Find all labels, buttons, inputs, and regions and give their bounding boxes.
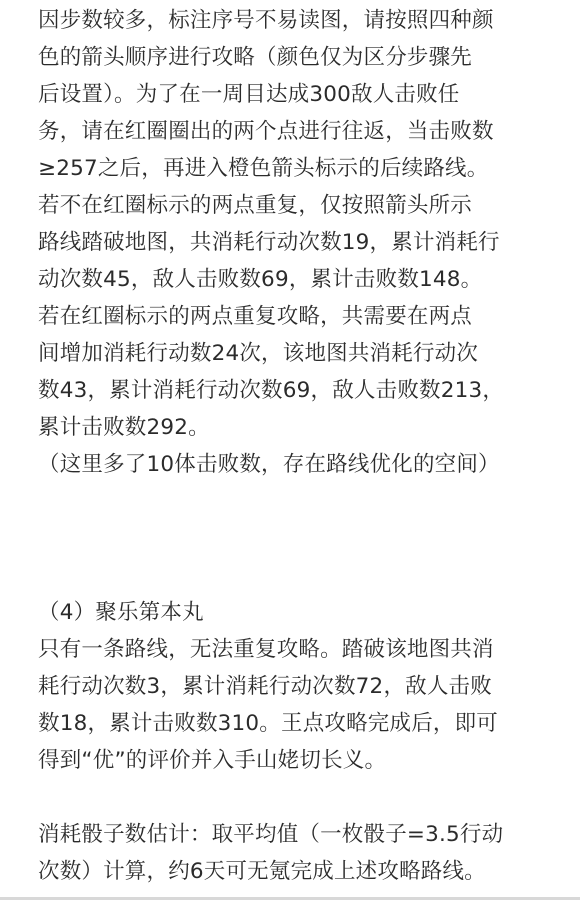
text-line: 消耗骰子数估计：取平均值（一枚骰子=3.5行动 — [38, 816, 503, 853]
text-line: 若在红圈标示的两点重复攻略，共需要在两点 — [38, 298, 504, 335]
text-line: 动次数45，敌人击败数69，累计击败数148。 — [38, 261, 504, 298]
text-line: 色的箭头顺序进行攻略（颜色仅为区分步骤先 — [38, 39, 504, 76]
text-line: 累计击败数292。 — [38, 409, 504, 446]
text-line: （这里多了10体击败数，存在路线优化的空间） — [38, 446, 504, 483]
juraku-honmaru-section: （4）聚乐第本丸 只有一条路线，无法重复攻略。踏破该地图共消 耗行动次数3，累计… — [38, 594, 498, 779]
text-line: 耗行动次数3，累计消耗行动次数72，敌人击败 — [38, 668, 498, 705]
dice-estimate-paragraph: 消耗骰子数估计：取平均值（一枚骰子=3.5行动 次数）计算，约6天可无氪完成上述… — [38, 816, 503, 890]
text-line: 间增加消耗行动数24次，该地图共消耗行动次 — [38, 335, 504, 372]
text-line: 若不在红圈标示的两点重复，仅按照箭头所示 — [38, 187, 504, 224]
text-line: 路线踏破地图，共消耗行动次数19，累计消耗行 — [38, 224, 504, 261]
text-line: 后设置）。为了在一周目达成300敌人击败任 — [38, 76, 504, 113]
text-line: 务，请在红圈圈出的两个点进行往返，当击败数 — [38, 113, 504, 150]
section-heading: （4）聚乐第本丸 — [38, 594, 498, 631]
text-line: 只有一条路线，无法重复攻略。踏破该地图共消 — [38, 631, 498, 668]
text-line: 数18，累计击败数310。王点攻略完成后，即可 — [38, 705, 498, 742]
route-instructions-paragraph: 因步数较多，标注序号不易读图，请按照四种颜 色的箭头顺序进行攻略（颜色仅为区分步… — [38, 2, 504, 483]
text-line: 次数）计算，约6天可无氪完成上述攻略路线。 — [38, 853, 503, 890]
text-line: 得到“优”的评价并入手山姥切长义。 — [38, 742, 498, 779]
text-line: 因步数较多，标注序号不易读图，请按照四种颜 — [38, 2, 504, 39]
text-line: 数43，累计消耗行动次数69，敌人击败数213， — [38, 372, 504, 409]
text-line: ≥257之后，再进入橙色箭头标示的后续路线。 — [38, 150, 504, 187]
